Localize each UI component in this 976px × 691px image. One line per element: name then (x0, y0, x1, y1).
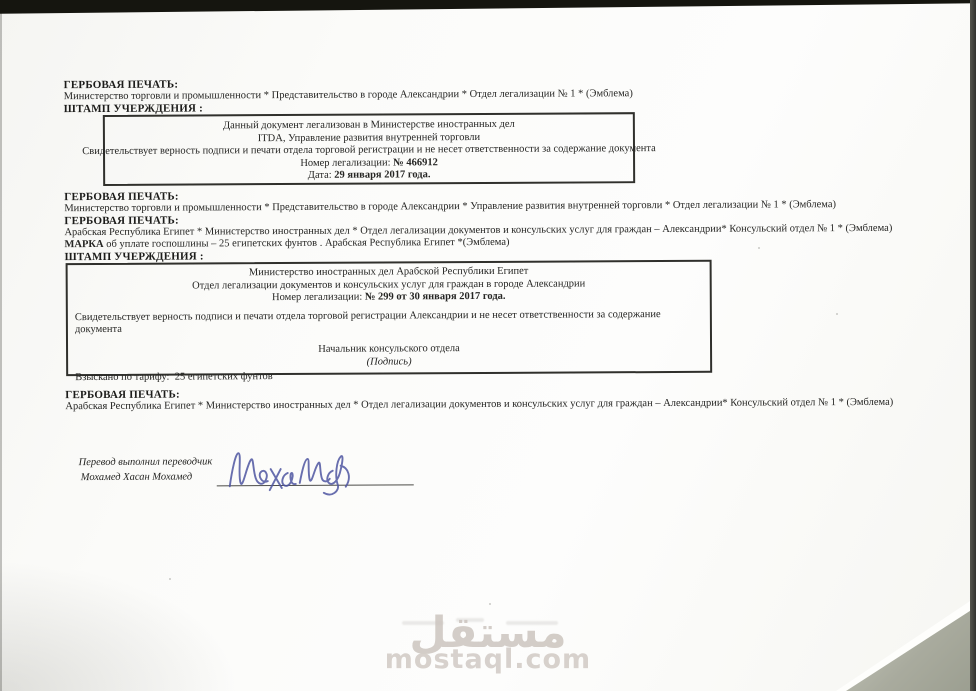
seal2-text: Министерство торговли и промышленности *… (64, 199, 945, 216)
seal3-label: ГЕРБОВАЯ ПЕЧАТЬ: (64, 215, 179, 228)
translator-signature (220, 442, 356, 503)
scan-speck (489, 603, 491, 605)
scanned-document: ГЕРБОВАЯ ПЕЧАТЬ: Министерство торговли и… (0, 0, 976, 691)
stamp2-body: Свидетельствует верность подписи и печат… (68, 309, 710, 338)
seal2-label: ГЕРБОВАЯ ПЕЧАТЬ: (64, 191, 179, 204)
legalization-stamp-box-1: Данный документ легализован в Министерст… (103, 112, 635, 186)
stamp1-label: ШТАМП УЧЕРЖДЕНИЯ : (64, 102, 203, 115)
seal1-text: Министерство торговли и промышленности *… (64, 87, 945, 104)
scan-speck (836, 313, 838, 315)
translator-name: Мохамед Хасан Мохамед (81, 468, 947, 485)
translator-note-line1: Перевод выполнил переводчик (79, 453, 947, 470)
seal1-label: ГЕРБОВАЯ ПЕЧАТЬ: (64, 79, 179, 92)
scan-speck (169, 578, 171, 580)
scan-speck (758, 247, 760, 249)
stamp2-label: ШТАМП УЧЕРЖДЕНИЯ : (65, 250, 204, 263)
document-page: ГЕРБОВАЯ ПЕЧАТЬ: Министерство торговли и… (0, 0, 976, 691)
watermark: مستقل mostaql.com (356, 610, 620, 673)
mostaql-domain: mostaql.com (356, 647, 620, 673)
scan-edge-left (0, 8, 2, 691)
seal4-text: Арабская Республика Египет * Министерств… (65, 397, 946, 414)
scan-edge-right (970, 0, 976, 691)
stamp1-date: Дата: 29 января 2017 года. (105, 169, 633, 184)
seal4-label: ГЕРБОВАЯ ПЕЧАТЬ: (65, 389, 180, 402)
stamp2-fee-line: Взыскано по тарифу: 25 египетских фунтов (68, 369, 710, 385)
legalization-stamp-box-2: Министерство иностранных дел Арабской Ре… (66, 260, 713, 376)
